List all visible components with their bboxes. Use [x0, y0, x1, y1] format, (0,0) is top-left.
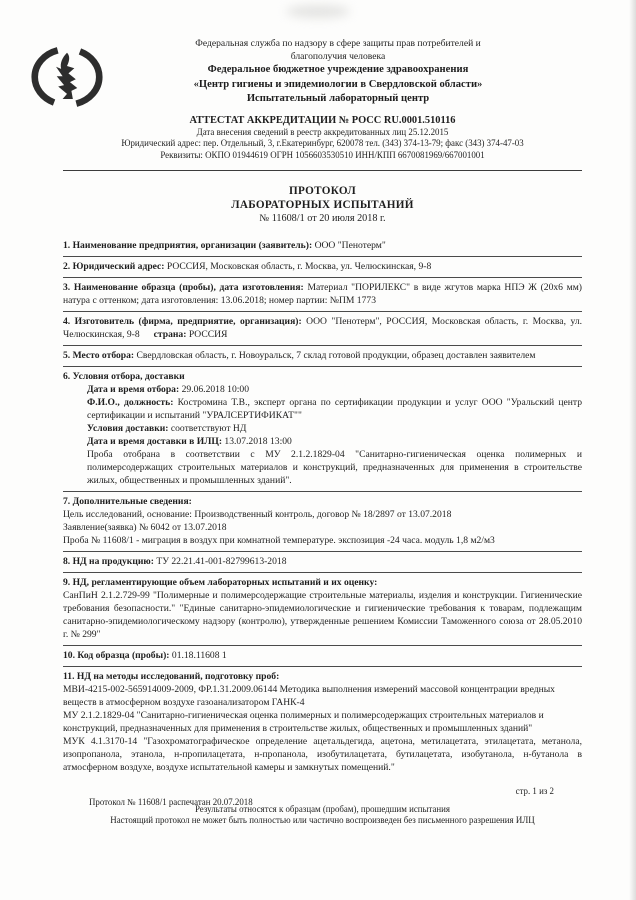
org-name-line3: Испытательный лабораторный центр	[40, 92, 636, 107]
protocol-title: ПРОТОКОЛ ЛАБОРАТОРНЫХ ИСПЫТАНИЙ № 11608/…	[63, 184, 582, 226]
section-5-sampling-place: 5. Место отбора: Свердловская область, г…	[63, 346, 582, 367]
accreditation-requisites: Реквизиты: ОКПО 01944619 ОГРН 1056603530…	[63, 150, 582, 162]
org-name-line2: «Центр гигиены и эпидемиологии в Свердло…	[40, 78, 636, 93]
section-2-label: 2. Юридический адрес:	[63, 261, 164, 272]
org-name-line1: Федеральное бюджетное учреждение здравоо…	[40, 63, 636, 78]
rospotrebnadzor-emblem-icon	[30, 44, 104, 115]
section-7-label: 7. Дополнительные сведения:	[63, 495, 582, 508]
section-8-label: 8. НД на продукцию:	[63, 556, 154, 567]
section-6-row-2-label: Условия доставки:	[87, 423, 168, 434]
document-header: Федеральная служба по надзору в сфере за…	[0, 0, 636, 107]
accreditation-legal-address: Юридический адрес: пер. Отдельный, 3, г.…	[63, 138, 582, 150]
section-9-label: 9. НД, регламентирующие объем лабораторн…	[63, 576, 582, 589]
section-11-line-1: МУ 2.1.2.1829-04 "Санитарно-гигиеническа…	[63, 709, 582, 735]
section-4-manufacturer: 4. Изготовитель (фирма, предприятие, орг…	[63, 312, 582, 346]
section-11-line-2: МУК 4.1.3170-14 "Газохроматографическое …	[63, 735, 582, 774]
accreditation-block: АТТЕСТАТ АККРЕДИТАЦИИ № РОСС RU.0001.510…	[63, 114, 582, 162]
section-2-legal-address: 2. Юридический адрес: РОССИЯ, Московская…	[63, 257, 582, 278]
section-10-label: 10. Код образца (пробы):	[63, 650, 169, 661]
protocol-sections: 1. Наименование предприятия, организации…	[63, 236, 582, 778]
protocol-number-date: № 11608/1 от 20 июля 2018 г.	[63, 212, 582, 226]
section-1-value: ООО "Пенотерм"	[315, 240, 386, 251]
section-6-row-0-value: 29.06.2018 10:00	[182, 384, 249, 395]
header-divider	[63, 170, 582, 171]
section-7-additional-info: 7. Дополнительные сведения: Цель исследо…	[63, 492, 582, 552]
accreditation-number: АТТЕСТАТ АККРЕДИТАЦИИ № РОСС RU.0001.510…	[63, 114, 582, 127]
section-6-row-0-label: Дата и время отбора:	[87, 384, 179, 395]
section-7-line-1: Заявление(заявка) № 6042 от 13.07.2018	[63, 521, 582, 534]
section-5-value: Свердловская область, г. Новоуральск, 7 …	[137, 350, 536, 361]
section-11-label: 11. НД на методы исследований, подготовк…	[63, 670, 582, 683]
section-9-test-scope-standards: 9. НД, регламентирующие объем лабораторн…	[63, 573, 582, 646]
section-6-row-2-value: соответствуют НД	[171, 423, 247, 434]
page-number: стр. 1 из 2	[516, 786, 554, 797]
agency-name-line2: благополучия человека	[40, 51, 636, 64]
section-7-line-0: Цель исследований, основание: Производст…	[63, 508, 582, 521]
protocol-page: Федеральная служба по надзору в сфере за…	[0, 0, 636, 900]
section-10-sample-code: 10. Код образца (пробы): 01.18.11608 1	[63, 646, 582, 667]
section-4-country-label: страна:	[154, 329, 187, 340]
section-5-label: 5. Место отбора:	[63, 350, 134, 361]
section-4-label: 4. Изготовитель (фирма, предприятие, орг…	[63, 316, 302, 327]
section-3-label: 3. Наименование образца (пробы), дата из…	[63, 282, 304, 293]
section-6-sampling-conditions: 6. Условия отбора, доставки Дата и время…	[63, 367, 582, 492]
section-6-row-1-label: Ф.И.О., должность:	[87, 397, 173, 408]
section-11-line-0: МВИ-4215-002-565914009-2009, ФР.1.31.200…	[63, 683, 582, 709]
agency-name-line1: Федеральная служба по надзору в сфере за…	[40, 38, 636, 51]
scan-edge-shadow	[629, 0, 636, 900]
section-7-line-2: Проба № 11608/1 - миграция в воздух при …	[63, 534, 582, 547]
section-6-row-3-label: Дата и время доставки в ИЛЦ:	[87, 436, 222, 447]
footer-note-results: Результаты относятся к образцам (пробам)…	[63, 804, 582, 815]
section-6-label: 6. Условия отбора, доставки	[63, 370, 582, 383]
section-10-value: 01.18.11608 1	[172, 650, 227, 661]
section-8-value: ТУ 22.21.41-001-82799613-2018	[156, 556, 286, 567]
accreditation-register-date: Дата внесения сведений в реестр аккредит…	[63, 127, 582, 139]
section-1-label: 1. Наименование предприятия, организации…	[63, 240, 312, 251]
section-9-line-0: СанПиН 2.1.2.729-99 "Полимерные и полиме…	[63, 589, 582, 641]
section-8-product-standard: 8. НД на продукцию: ТУ 22.21.41-001-8279…	[63, 552, 582, 573]
section-4-country-value: РОССИЯ	[189, 329, 228, 340]
footer-note-reproduction: Настоящий протокол не может быть полност…	[63, 815, 582, 826]
section-2-value: РОССИЯ, Московская область, г. Москва, у…	[167, 261, 431, 272]
section-1-applicant: 1. Наименование предприятия, организации…	[63, 236, 582, 257]
section-6-row-3-value: 13.07.2018 13:00	[224, 436, 291, 447]
title-line1: ПРОТОКОЛ	[63, 184, 582, 198]
section-11-method-standards: 11. НД на методы исследований, подготовк…	[63, 667, 582, 778]
section-3-sample-name: 3. Наименование образца (пробы), дата из…	[63, 278, 582, 312]
title-line2: ЛАБОРАТОРНЫХ ИСПЫТАНИЙ	[63, 198, 582, 212]
section-6-note: Проба отобрана в соответствии с МУ 2.1.2…	[63, 448, 582, 487]
